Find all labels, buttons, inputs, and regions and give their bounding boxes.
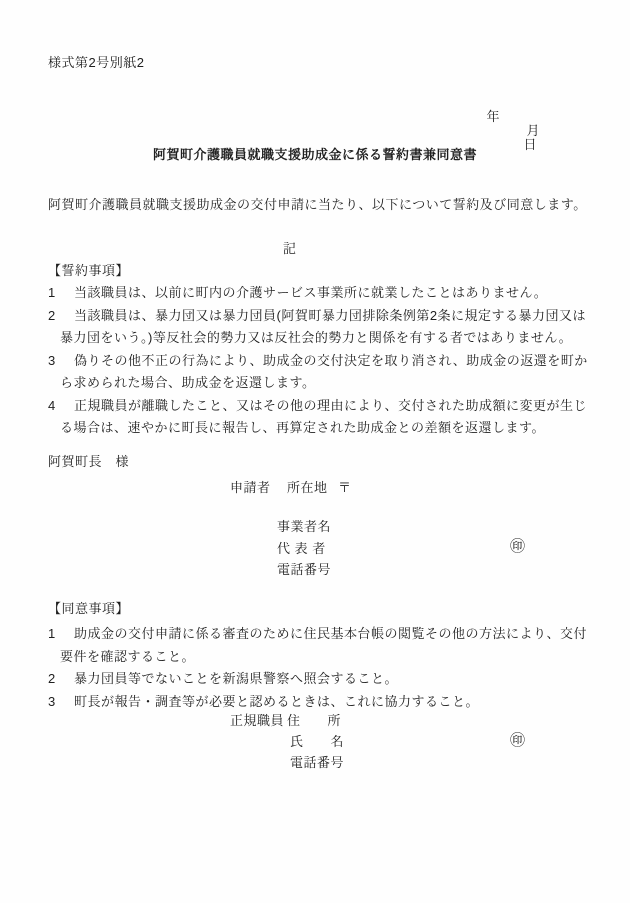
item-number: 3 (48, 350, 74, 373)
consent-section-heading: 【同意事項】 (48, 602, 129, 616)
date-month-label: 月 (526, 123, 540, 138)
applicant-seal-mark: ㊞ (510, 539, 526, 554)
item-text: 偽りその他不正の行為により、助成金の交付決定を取り消され、助成金の返還を町から求… (60, 353, 588, 391)
item-text: 当該職員は、以前に町内の介護サービス事業所に就業したことはありません。 (74, 285, 547, 300)
employee-seal-mark: ㊞ (510, 733, 526, 748)
addressee-line: 阿賀町長 様 (48, 455, 129, 469)
ki-marker: 記 (283, 242, 297, 256)
representative-label: 代 表 者 (277, 542, 326, 556)
date-year-label: 年 (486, 109, 500, 124)
consent-item-2: 2暴力団員等でないことを新潟県警察へ照会すること。 (48, 668, 588, 691)
consent-item-3: 3町長が報告・調査等が必要と認めるときは、これに協力すること。 (48, 691, 588, 714)
pledge-item-2: 2当該職員は、暴力団又は暴力団員(阿賀町暴力団排除条例第2条に規定する暴力団又は… (48, 305, 588, 350)
applicant-signature-block: 申請者 所在地 〒 事業者名 代 表 者 ㊞ 電話番号 (230, 481, 590, 581)
business-name-label: 事業者名 (277, 520, 331, 534)
item-number: 4 (48, 395, 74, 418)
document-page: 様式第2号別紙2 年 月 日 阿賀町介護職員就職支援助成金に係る誓約書兼同意書 … (0, 0, 630, 903)
item-text: 助成金の交付申請に係る審査のために住民基本台帳の閲覧その他の方法により、交付要件… (60, 626, 587, 664)
pledge-items-list: 1当該職員は、以前に町内の介護サービス事業所に就業したことはありません。 2当該… (48, 282, 588, 440)
postal-mark: 〒 (338, 481, 352, 495)
item-text: 正規職員が離職したこと、又はその他の理由により、交付された助成額に変更が生じる場… (60, 398, 587, 436)
employee-phone-label: 電話番号 (290, 756, 344, 770)
applicant-phone-label: 電話番号 (277, 563, 331, 577)
employee-signature-block: 正規職員 住 所 氏 名 ㊞ 電話番号 (230, 714, 590, 784)
employee-role-label: 正規職員 (230, 714, 284, 728)
consent-items-list: 1助成金の交付申請に係る審査のために住民基本台帳の閲覧その他の方法により、交付要… (48, 623, 588, 713)
item-text: 町長が報告・調査等が必要と認めるときは、これに協力すること。 (74, 694, 479, 709)
document-title: 阿賀町介護職員就職支援助成金に係る誓約書兼同意書 (0, 148, 630, 162)
item-number: 1 (48, 282, 74, 305)
item-number: 2 (48, 305, 74, 328)
item-number: 1 (48, 623, 74, 646)
employee-address-label: 住 所 (287, 714, 341, 728)
form-number: 様式第2号別紙2 (48, 56, 144, 70)
item-number: 2 (48, 668, 74, 691)
pledge-item-1: 1当該職員は、以前に町内の介護サービス事業所に就業したことはありません。 (48, 282, 588, 305)
pledge-section-heading: 【誓約事項】 (48, 264, 129, 278)
consent-item-1: 1助成金の交付申請に係る審査のために住民基本台帳の閲覧その他の方法により、交付要… (48, 623, 588, 668)
pledge-item-4: 4正規職員が離職したこと、又はその他の理由により、交付された助成額に変更が生じる… (48, 395, 588, 440)
pledge-item-3: 3偽りその他不正の行為により、助成金の交付決定を取り消され、助成金の返還を町から… (48, 350, 588, 395)
item-number: 3 (48, 691, 74, 714)
intro-paragraph: 阿賀町介護職員就職支援助成金の交付申請に当たり、以下について誓約及び同意します。 (48, 198, 596, 212)
applicant-role-label: 申請者 (230, 481, 271, 495)
employee-name-label: 氏 名 (290, 735, 344, 749)
item-text: 当該職員は、暴力団又は暴力団員(阿賀町暴力団排除条例第2条に規定する暴力団又は暴… (60, 308, 586, 346)
item-text: 暴力団員等でないことを新潟県警察へ照会すること。 (74, 671, 398, 686)
applicant-address-label: 所在地 (287, 481, 328, 495)
